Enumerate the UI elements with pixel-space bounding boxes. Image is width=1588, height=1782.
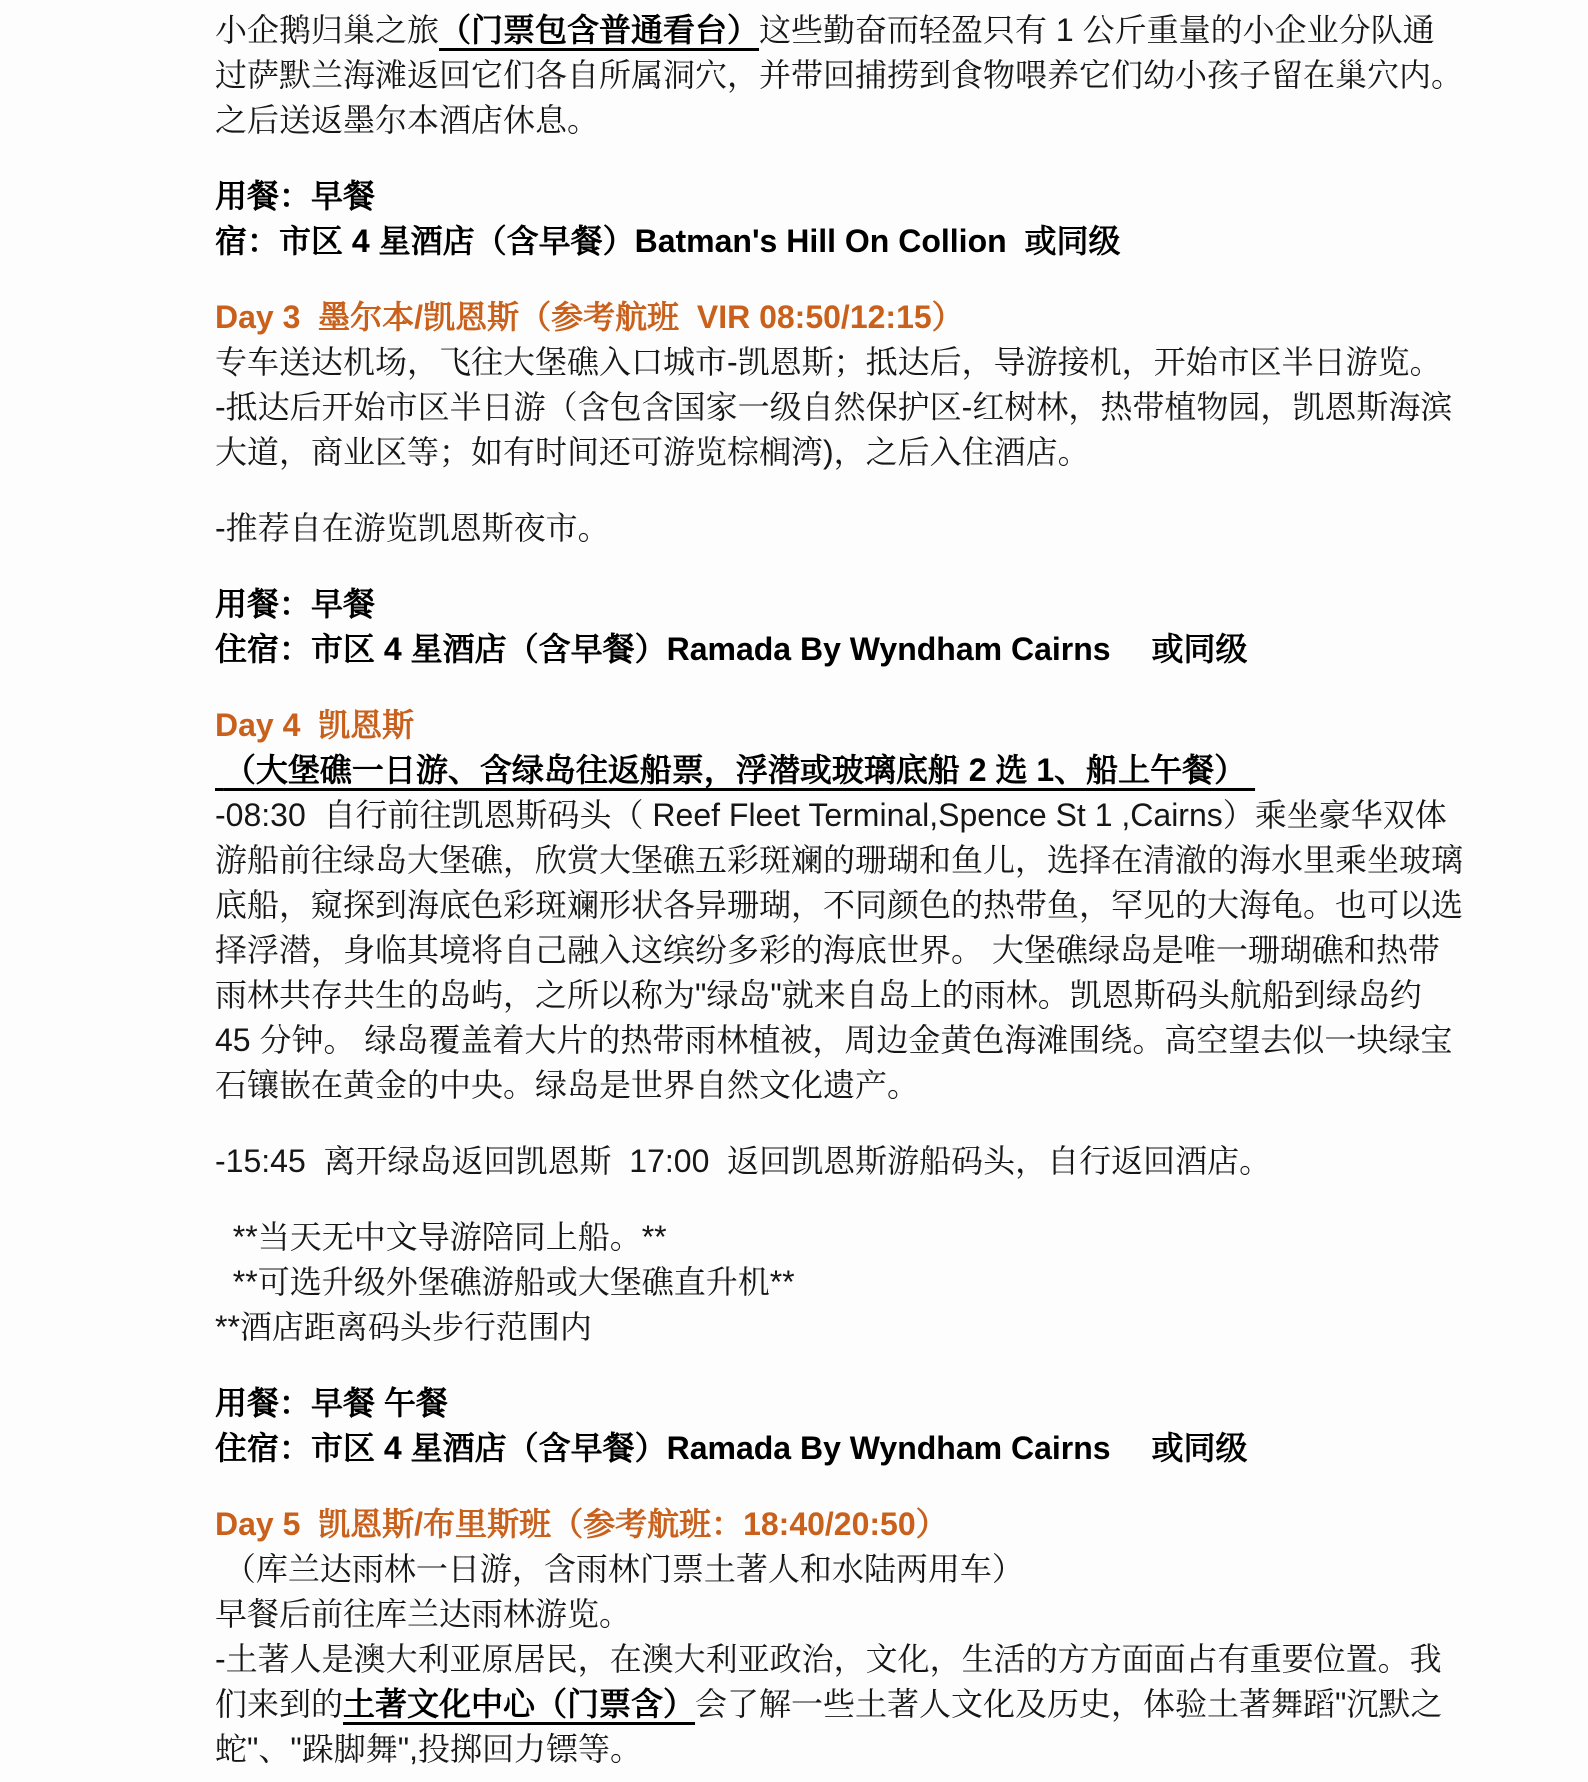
day5-aboriginal-paragraph-segment-1: 土著文化中心（门票含） [343,1686,695,1722]
day5-subtitle-line-segment-0: （库兰达雨林一日游，含雨林门票土著人和水陆两用车） [215,1551,1024,1587]
spacer [215,551,1463,582]
day3-city-tour-paragraph: -抵达后开始市区半日游（含包含国家一级自然保护区-红树林，热带植物园，凯恩斯海滨… [215,385,1463,475]
day2-meals-line-segment-0: 用餐：早餐 [215,178,375,214]
spacer [215,1471,1463,1502]
day3-header-segment-0: Day 3 墨尔本/凯恩斯（参考航班 VIR 08:50/12:15） [215,299,964,335]
day5-header-segment-0: Day 5 凯恩斯/布里斯班（参考航班：18:40/20:50） [215,1506,948,1542]
day4-subtitle-line: （大堡礁一日游、含绿岛往返船票，浮潜或玻璃底船 2 选 1、船上午餐） [215,748,1463,793]
day2-hotel-line-segment-0: 宿：市区 4 星酒店（含早餐）Batman's Hill On Collion … [215,223,1120,259]
day3-night-market-line-segment-0: -推荐自在游览凯恩斯夜市。 [215,510,610,546]
penguin-parade-paragraph: 小企鹅归巢之旅（门票包含普通看台）这些勤奋而轻盈只有 1 公斤重量的小企业分队通… [215,8,1463,143]
day3-arrival-paragraph-segment-0: 专车送达机场，飞往大堡礁入口城市-凯恩斯；抵达后，导游接机，开始市区半日游览。 [215,344,1442,380]
day3-meals-line-segment-0: 用餐：早餐 [215,586,375,622]
day4-meals-line: 用餐：早餐 午餐 [215,1381,1463,1426]
day4-note-no-chinese-guide-segment-0: **当天无中文导游陪同上船。** [215,1219,667,1255]
spacer [215,143,1463,174]
penguin-parade-paragraph-segment-0: 小企鹅归巢之旅 [215,12,439,48]
day4-header: Day 4 凯恩斯 [215,703,1463,748]
day3-arrival-paragraph: 专车送达机场，飞往大堡礁入口城市-凯恩斯；抵达后，导游接机，开始市区半日游览。 [215,340,1463,385]
day4-note-no-chinese-guide: **当天无中文导游陪同上船。** [215,1215,1463,1260]
day3-night-market-line: -推荐自在游览凯恩斯夜市。 [215,506,1463,551]
day4-note-upgrade: **可选升级外堡礁游船或大堡礁直升机** [215,1260,1463,1305]
day3-header: Day 3 墨尔本/凯恩斯（参考航班 VIR 08:50/12:15） [215,295,1463,340]
day4-note-hotel-distance-segment-0: **酒店距离码头步行范围内 [215,1309,592,1345]
day5-breakfast-line-segment-0: 早餐后前往库兰达雨林游览。 [215,1596,631,1632]
day3-hotel-line-segment-0: 住宿：市区 4 星酒店（含早餐）Ramada By Wyndham Cairns… [215,631,1247,667]
day3-meals-line: 用餐：早餐 [215,582,1463,627]
day2-hotel-line: 宿：市区 4 星酒店（含早餐）Batman's Hill On Collion … [215,219,1463,264]
spacer [215,672,1463,703]
day5-aboriginal-paragraph: -土著人是澳大利亚原居民，在澳大利亚政治，文化，生活的方方面面占有重要位置。我们… [215,1637,1463,1772]
spacer [215,475,1463,506]
day4-note-upgrade-segment-0: **可选升级外堡礁游船或大堡礁直升机** [215,1264,795,1300]
document-page: 小企鹅归巢之旅（门票包含普通看台）这些勤奋而轻盈只有 1 公斤重量的小企业分队通… [0,0,1588,1782]
spacer [215,264,1463,295]
day5-header: Day 5 凯恩斯/布里斯班（参考航班：18:40/20:50） [215,1502,1463,1547]
day2-meals-line: 用餐：早餐 [215,174,1463,219]
penguin-parade-paragraph-segment-1: （门票包含普通看台） [439,12,759,48]
day4-subtitle-line-segment-0: （大堡礁一日游、含绿岛往返船票，浮潜或玻璃底船 2 选 1、船上午餐） [215,752,1255,788]
day4-meals-line-segment-0: 用餐：早餐 午餐 [215,1385,448,1421]
day5-breakfast-line: 早餐后前往库兰达雨林游览。 [215,1592,1463,1637]
day4-green-island-paragraph: -08:30 自行前往凯恩斯码头（ Reef Fleet Terminal,Sp… [215,793,1463,1108]
day4-return-line-segment-0: -15:45 离开绿岛返回凯恩斯 17:00 返回凯恩斯游船码头，自行返回酒店。 [215,1143,1271,1179]
day4-hotel-line: 住宿：市区 4 星酒店（含早餐）Ramada By Wyndham Cairns… [215,1426,1463,1471]
spacer [215,1184,1463,1215]
day3-hotel-line: 住宿：市区 4 星酒店（含早餐）Ramada By Wyndham Cairns… [215,627,1463,672]
spacer [215,1108,1463,1139]
spacer [215,1350,1463,1381]
day4-green-island-paragraph-segment-0: -08:30 自行前往凯恩斯码头（ Reef Fleet Terminal,Sp… [215,797,1463,1103]
day4-hotel-line-segment-0: 住宿：市区 4 星酒店（含早餐）Ramada By Wyndham Cairns… [215,1430,1247,1466]
day4-note-hotel-distance: **酒店距离码头步行范围内 [215,1305,1463,1350]
day5-subtitle-line: （库兰达雨林一日游，含雨林门票土著人和水陆两用车） [215,1547,1463,1592]
day4-header-segment-0: Day 4 凯恩斯 [215,707,414,743]
day4-return-line: -15:45 离开绿岛返回凯恩斯 17:00 返回凯恩斯游船码头，自行返回酒店。 [215,1139,1463,1184]
day3-city-tour-paragraph-segment-0: -抵达后开始市区半日游（含包含国家一级自然保护区-红树林，热带植物园，凯恩斯海滨… [215,389,1452,470]
